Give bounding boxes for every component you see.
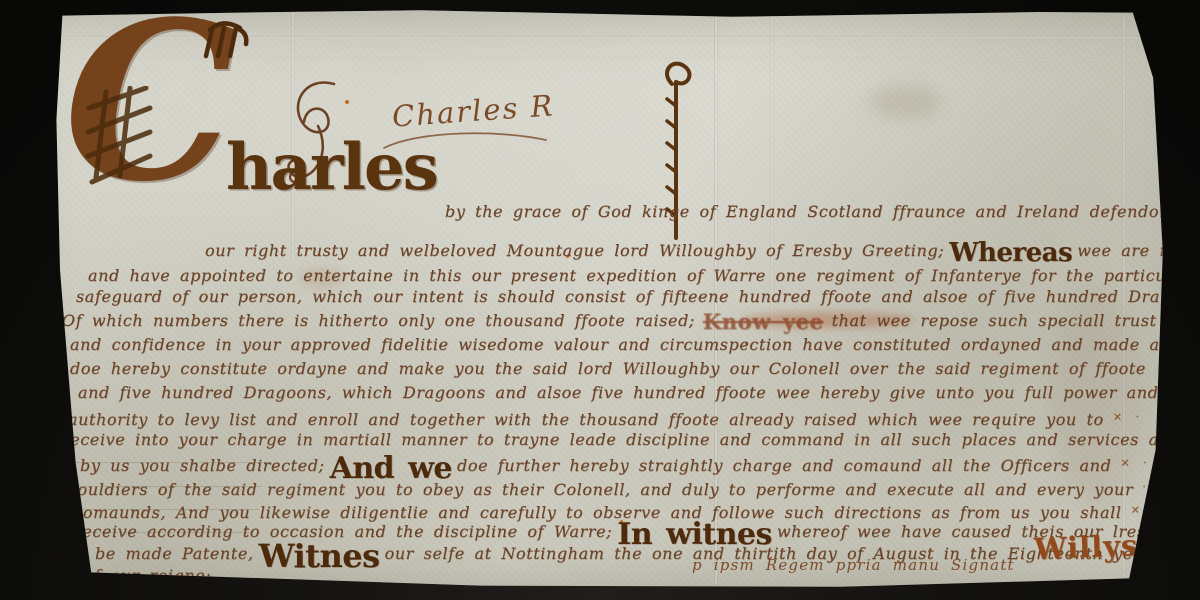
manuscript-text: by the grace of God kinge of England Sco… — [445, 202, 1200, 221]
manuscript-line: and confidence in your approved fideliti… — [70, 337, 1181, 353]
manuscript-text: wee are resolved — [1077, 241, 1200, 260]
manuscript-text: Of which numbers there is hitherto only … — [62, 311, 695, 330]
manuscript-text: doe further hereby straightly charge and… — [457, 456, 1111, 475]
manuscript-line: doe hereby constitute ordayne and make y… — [70, 361, 1146, 377]
manuscript-text: Souldiers of the said regiment you to ob… — [66, 480, 1133, 499]
line-end-mark: · — [1133, 480, 1149, 493]
manuscript-line: Of which numbers there is hitherto only … — [62, 313, 1157, 330]
manuscript-line: authority to levy list and enroll and to… — [68, 409, 1142, 428]
manuscript-text: authority to levy list and enroll and to… — [68, 410, 1104, 429]
manuscript-line: receive according to occasion and the di… — [74, 524, 1146, 543]
manuscript-text: of our reigne: — [84, 566, 211, 585]
line-end-mark: × · — [1104, 410, 1142, 423]
manuscript-line: Comaunds, And you likewise diligentlie a… — [70, 502, 1143, 521]
manuscript-text: and five hundred Dragoons, which Dragoon… — [78, 383, 1159, 402]
gothic-word-whereas: Whereas — [944, 238, 1077, 268]
line-end-mark: × × — [1190, 266, 1200, 279]
manuscript-line: and have appointed to entertaine in this… — [88, 265, 1200, 284]
struck-out-phrase: Know yee — [695, 309, 832, 334]
gothic-word-witnes: Witnes — [254, 537, 385, 575]
initial-hatch-lattice — [84, 86, 156, 190]
manuscript-text: and confidence in your approved fideliti… — [70, 335, 1181, 354]
manuscript-line: of our reigne: — [84, 568, 211, 584]
line-end-mark: × — [1122, 503, 1143, 516]
manuscript-text: and have appointed to entertaine in this… — [88, 266, 1190, 285]
manuscript-line: by us you shalbe directed;And wedoe furt… — [80, 455, 1150, 477]
manuscript-text: our right trusty and welbeloved Mountagu… — [205, 241, 944, 260]
manuscript-text: to be made Patente, — [68, 544, 254, 563]
gothic-penwork-flourish — [196, 16, 254, 64]
manuscript-line: our right trusty and welbeloved Mountagu… — [205, 240, 1200, 261]
manuscript-text: doe hereby constitute ordayne and make y… — [70, 359, 1146, 378]
manuscript-line: by the grace of God kinge of England Sco… — [445, 204, 1200, 221]
manuscript-text: Comaunds, And you likewise diligentlie a… — [70, 503, 1122, 522]
manuscript-line: Souldiers of the said regiment you to ob… — [66, 479, 1149, 498]
manuscript-text: that wee repose such speciall trust — [832, 311, 1157, 330]
signature-swash — [380, 128, 550, 154]
manuscript-text: by us you shalbe directed; — [80, 456, 325, 475]
manuscript-line: and five hundred Dragoons, which Dragoon… — [78, 385, 1159, 401]
manuscript-line: receive into your charge in martiall man… — [62, 432, 1168, 448]
manuscript-text: receive into your charge in martiall man… — [62, 430, 1168, 449]
manuscript-line: safeguard of our person, which our inten… — [76, 289, 1200, 305]
manuscript-text: safeguard of our person, which our inten… — [76, 287, 1200, 306]
parchment-sheet: C harles Charles R by the grace of God k… — [0, 0, 1200, 600]
latin-docket: p ipsm Regem ppria manu Signatt — [692, 556, 1015, 574]
clerk-signature-willys: Willys — [1033, 528, 1138, 566]
parchment-stain — [870, 85, 940, 119]
photograph-of-manuscript: C harles Charles R by the grace of God k… — [0, 0, 1200, 600]
royal-signature-charles-r: Charles R — [391, 88, 555, 133]
line-end-mark: × · — [1111, 456, 1149, 469]
